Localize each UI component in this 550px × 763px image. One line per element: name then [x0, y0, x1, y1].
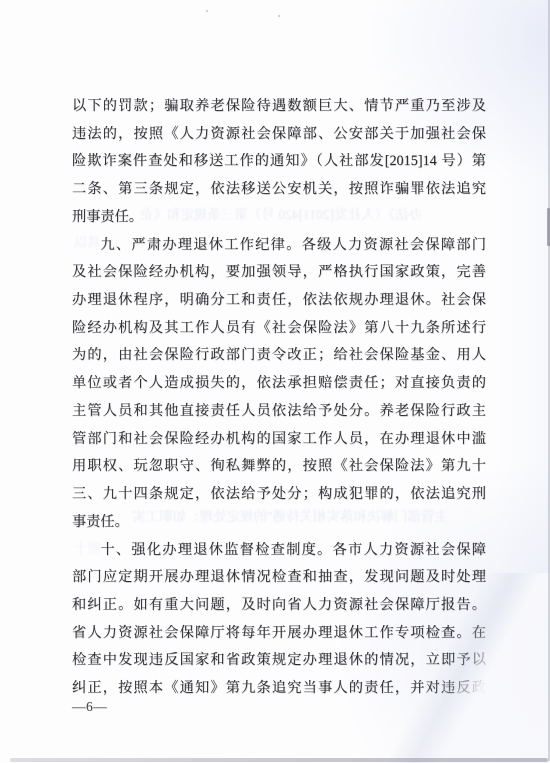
text-line: 单位或者个人造成损失的，依法承担赔偿责任；对直接负责的 — [72, 370, 486, 398]
document-body: 以下的罚款；骗取养老保险待遇数额巨大、情节严重乃至涉及违法的，按照《人力资源社会… — [72, 93, 486, 703]
text-line: 及社会保险经办机构，要加强领导，严格执行国家政策，完善 — [72, 259, 486, 287]
text-line: 事责任。 — [72, 509, 486, 537]
text-line: 检查中发现违反国家和省政策规定办理退休的情况，立即予以 — [72, 647, 486, 675]
paragraph: 十、强化办理退休监督检查制度。各市人力资源社会保障部门应定期开展办理退休情况检查… — [72, 537, 486, 703]
scanned-document-page: 办法》（人社发[2011]420 号）第三条规定和《企其以主管部门解决和落实相关… — [0, 0, 550, 763]
text-line: 违法的，按照《人力资源社会保障部、公安部关于加强社会保 — [72, 121, 486, 149]
text-line: 以下的罚款；骗取养老保险待遇数额巨大、情节严重乃至涉及 — [72, 93, 486, 121]
text-line: 二条、第三条规定，依法移送公安机关，按照诈骗罪依法追究 — [72, 176, 486, 204]
text-line: 险经办机构及其工作人员有《社会保险法》第八十九条所述行 — [72, 315, 486, 343]
text-line: 刑事责任。 — [72, 204, 486, 232]
page-number: —6— — [72, 699, 107, 715]
text-line: 十、强化办理退休监督检查制度。各市人力资源社会保障 — [72, 537, 486, 565]
text-line: 管部门和社会保险经办机构的国家工作人员，在办理退休中滥 — [72, 426, 486, 454]
text-line: 用职权、玩忽职守、徇私舞弊的，按照《社会保险法》第九十 — [72, 453, 486, 481]
text-line: 部门应定期开展办理退休情况检查和抽查，发现问题及时处理 — [72, 564, 486, 592]
text-line: 省人力资源社会保障厅将每年开展办理退休工作专项检查。在 — [72, 620, 486, 648]
text-line: 九、严肃办理退休工作纪律。各级人力资源社会保障部门 — [72, 232, 486, 260]
text-line: 险欺诈案件查处和移送工作的通知》（人社部发[2015]14 号）第 — [72, 148, 486, 176]
text-line: 主管人员和其他直接责任人员依法给予处分。养老保险行政主 — [72, 398, 486, 426]
text-line: 三、九十四条规定，依法给予处分；构成犯罪的，依法追究刑 — [72, 481, 486, 509]
scan-bottom-edge-shadow — [10, 758, 548, 762]
paragraph: 以下的罚款；骗取养老保险待遇数额巨大、情节严重乃至涉及违法的，按照《人力资源社会… — [72, 93, 486, 232]
text-line: 为的，由社会保险行政部门责令改正；给社会保险基金、用人 — [72, 342, 486, 370]
scan-dust-speck — [278, 15, 280, 17]
text-line: 和纠正。如有重大问题，及时向省人力资源社会保障厅报告。 — [72, 592, 486, 620]
scan-dust-speck — [206, 10, 208, 12]
text-line: 纠正，按照本《通知》第九条追究当事人的责任，并对违反政 — [72, 675, 486, 703]
text-line: 办理退休程序，明确分工和责任，依法依规办理退休。社会保 — [72, 287, 486, 315]
paragraph: 九、严肃办理退休工作纪律。各级人力资源社会保障部门及社会保险经办机构，要加强领导… — [72, 232, 486, 537]
